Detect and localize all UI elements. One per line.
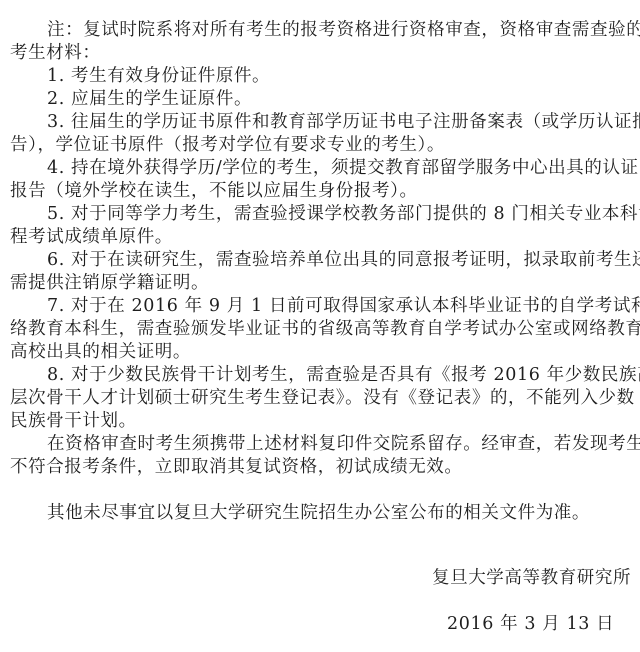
closing-note: 其他未尽事宜以复旦大学研究生院招生办公室公布的相关文件为准。 bbox=[47, 502, 590, 525]
item-4-line-2: 报告（境外学校在读生，不能以应届生身份报考）。 bbox=[10, 180, 418, 203]
item-8-line-3: 民族骨干计划。 bbox=[10, 410, 137, 433]
item-8-line-1: 8. 对于少数民族骨干计划考生，需查验是否具有《报考 2016 年少数民族高 bbox=[47, 364, 640, 387]
note-intro-line-2: 考生材料： bbox=[10, 42, 101, 65]
item-7-line-2: 络教育本科生，需查验颁发毕业证书的省级高等教育自学考试办公室或网络教育 bbox=[10, 318, 640, 341]
signature-org: 复旦大学高等教育研究所 bbox=[432, 567, 631, 590]
item-8-line-2: 层次骨干人才计划硕士研究生考生登记表》。没有《登记表》的，不能列入少数 bbox=[10, 387, 635, 410]
note-intro-line-1: 注：复试时院系将对所有考生的报考资格进行资格审查，资格审查需查验的 bbox=[47, 19, 640, 42]
item-1: 1. 考生有效身份证件原件。 bbox=[47, 65, 270, 88]
review-paragraph-line-2: 不符合报考条件，立即取消其复试资格，初试成绩无效。 bbox=[10, 456, 463, 479]
item-6-line-2: 需提供注销原学籍证明。 bbox=[10, 272, 209, 295]
item-7-line-3: 高校出具的相关证明。 bbox=[10, 341, 191, 364]
item-3-line-2: 告），学位证书原件（报考对学位有要求专业的考生）。 bbox=[10, 134, 445, 157]
item-6-line-1: 6. 对于在读研究生，需查验培养单位出具的同意报考证明，拟录取前考生还 bbox=[47, 249, 640, 272]
item-2: 2. 应届生的学生证原件。 bbox=[47, 88, 252, 111]
item-4-line-1: 4. 持在境外获得学历/学位的考生，须提交教育部留学服务中心出具的认证 bbox=[47, 157, 639, 180]
item-5-line-2: 程考试成绩单原件。 bbox=[10, 226, 173, 249]
item-7-line-1: 7. 对于在 2016 年 9 月 1 日前可取得国家承认本科毕业证书的自学考试… bbox=[47, 295, 640, 318]
review-paragraph-line-1: 在资格审查时考生须携带上述材料复印件交院系留存。经审查，若发现考生 bbox=[47, 433, 640, 456]
signature-date: 2016 年 3 月 13 日 bbox=[447, 613, 614, 636]
item-5-line-1: 5. 对于同等学力考生，需查验授课学校教务部门提供的 8 门相关专业本科课 bbox=[47, 203, 640, 226]
item-3-line-1: 3. 往届生的学历证书原件和教育部学历证书电子注册备案表（或学历认证报 bbox=[47, 111, 640, 134]
